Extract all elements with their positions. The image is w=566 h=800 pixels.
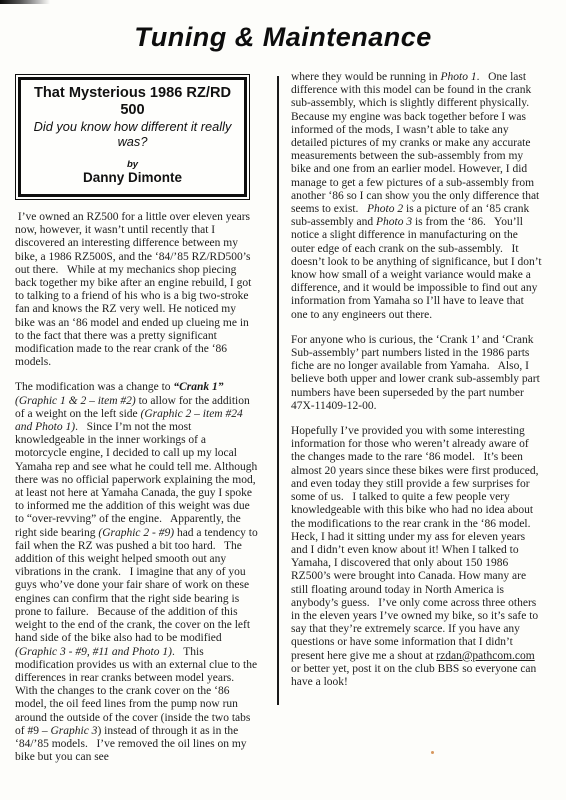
text-segment: Graphic 3	[50, 725, 97, 737]
column-divider-rule	[277, 76, 279, 705]
document-page: Tuning & Maintenance That Mysterious 198…	[0, 0, 566, 800]
article-subtitle: Did you know how different it really was…	[24, 119, 241, 149]
paragraph: The modification was a change to “Crank …	[15, 381, 258, 764]
author-name: Danny Dimonte	[24, 170, 241, 186]
text-segment: (Graphic 1 & 2 – item #2)	[15, 395, 136, 407]
paragraph: where they would be running in Photo 1. …	[291, 71, 542, 322]
article-header-box: That Mysterious 1986 RZ/RD 500 Did you k…	[15, 74, 250, 200]
right-column-text: where they would be running in Photo 1. …	[291, 71, 542, 689]
text-segment: The modification was a change to	[15, 381, 173, 393]
article-header-box-inner: That Mysterious 1986 RZ/RD 500 Did you k…	[18, 77, 247, 197]
text-segment: . This modification provides us with an …	[15, 646, 257, 737]
text-segment: (Graphic 2 - #9)	[98, 527, 174, 539]
text-segment: “Crank 1”	[173, 381, 223, 393]
text-segment: For anyone who is curious, the ‘Crank 1’…	[291, 334, 540, 412]
text-segment: Photo 2	[367, 203, 403, 215]
article-title: That Mysterious 1986 RZ/RD 500	[24, 85, 241, 119]
page-title: Tuning & Maintenance	[0, 22, 566, 53]
text-segment: . One last difference with this model ca…	[291, 71, 539, 215]
paragraph: Hopefully I’ve provided you with some in…	[291, 425, 542, 689]
text-segment: Photo 1	[440, 71, 476, 83]
text-segment: had a tendency to fail when the RZ was p…	[15, 527, 258, 645]
text-segment: where they would be running in	[291, 71, 440, 83]
paragraph: For anyone who is curious, the ‘Crank 1’…	[291, 334, 542, 413]
email-link: rzdan@pathcom.com	[436, 650, 534, 662]
scan-artifact-strip	[0, 0, 50, 4]
text-segment: Photo 3	[376, 216, 412, 228]
byline-label: by	[24, 159, 241, 170]
text-segment: is from the ‘86. You’ll notice a slight …	[291, 216, 542, 320]
paragraph: I’ve owned an RZ500 for a little over el…	[15, 211, 258, 369]
left-column: That Mysterious 1986 RZ/RD 500 Did you k…	[15, 74, 258, 764]
left-column-text: I’ve owned an RZ500 for a little over el…	[15, 211, 258, 764]
scan-speck	[431, 751, 434, 754]
text-segment: (Graphic 3 - #9, #11 and Photo 1)	[15, 646, 172, 658]
text-segment: I’ve owned an RZ500 for a little over el…	[15, 211, 251, 368]
text-segment: or better yet, post it on the club BBS s…	[291, 663, 536, 688]
text-segment: Hopefully I’ve provided you with some in…	[291, 425, 539, 661]
text-segment: . Since I’m not the most knowledgeable i…	[15, 421, 257, 539]
